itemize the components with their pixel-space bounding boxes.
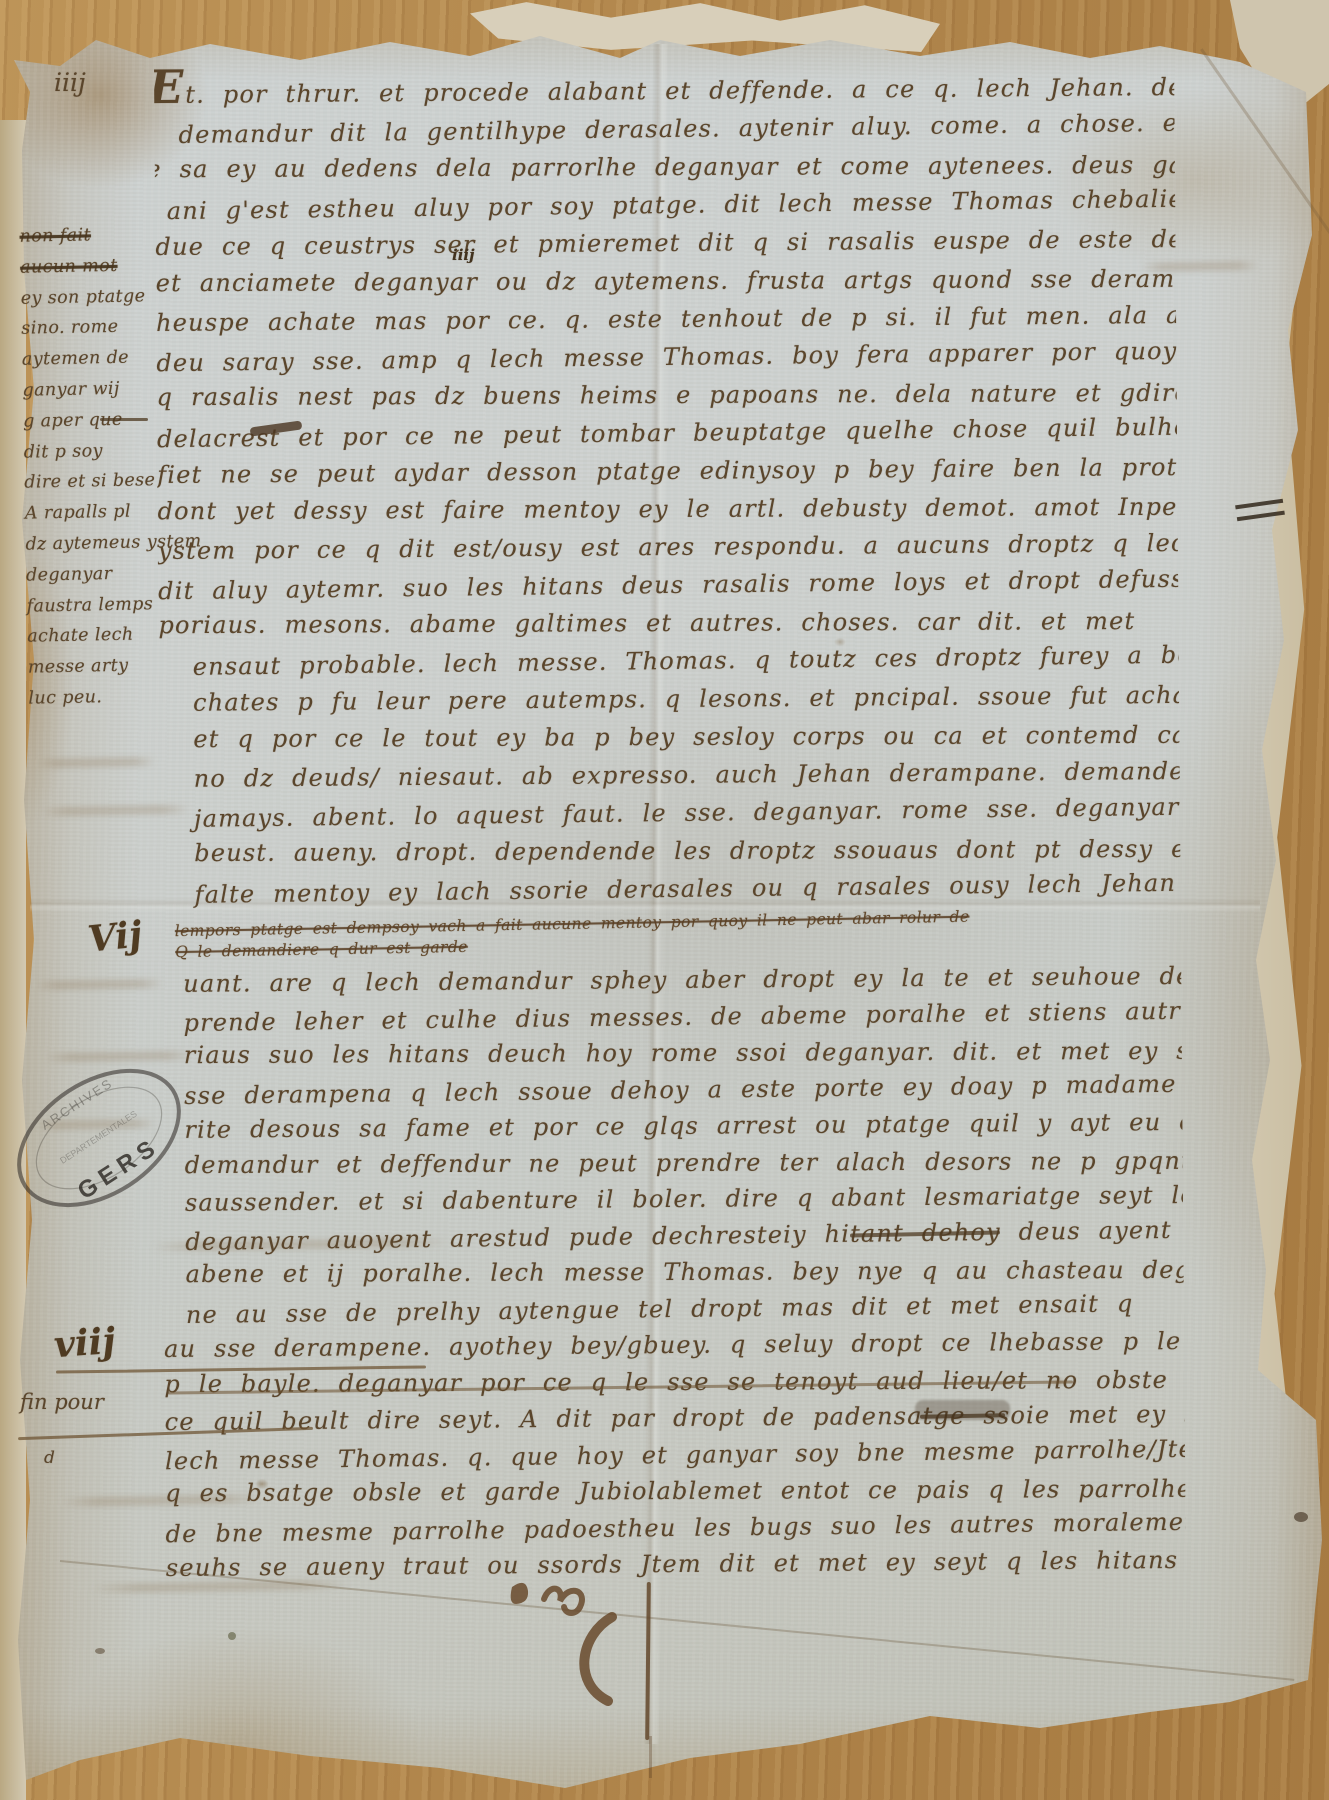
margin-note: dit p soy — [23, 434, 199, 468]
margin-note: sino. rome — [21, 311, 197, 345]
text-line: demandur et deffendur ne peut prendre te… — [163, 1142, 1183, 1183]
stain-speck — [95, 1648, 105, 1654]
margin-note: achate lech — [27, 619, 203, 653]
ink-smudge — [915, 1400, 1010, 1420]
interline-insert-mark: iiij — [452, 246, 475, 264]
text-line: dont yet dessy est faire mentoy ey le ar… — [157, 488, 1177, 530]
text-line: et q por ce le tout ey ba p bey sesloy c… — [159, 716, 1179, 758]
margin-note: dire et si bese — [24, 465, 200, 499]
margin-note: luc peu. — [28, 680, 204, 714]
margin-note-d: d — [44, 1448, 55, 1468]
quire-mark-viij: viij — [53, 1320, 117, 1366]
margin-note: messe arty — [28, 649, 204, 683]
margin-note: ganyar wij — [22, 372, 198, 406]
margin-note: dz aytemeus ystem — [25, 526, 201, 560]
margin-note: A rapalls pl — [25, 495, 201, 529]
margin-note: aucun mot — [20, 249, 196, 283]
stain-speck — [1294, 1512, 1308, 1522]
main-text-block: Et. por thrur. et procede alabant et def… — [154, 60, 1186, 1586]
archive-stamp: ARCHIVES DEPARTEMENTALES GERS — [4, 1038, 194, 1238]
margin-notes: non faitaucun motey son ptatgesino. rome… — [19, 218, 203, 714]
margin-note: faustra lemps — [26, 588, 202, 622]
text-block-upper: Et. por thrur. et procede alabant et def… — [154, 60, 1181, 912]
paraph-tick — [511, 1583, 528, 1604]
folio-number: iiij — [54, 68, 86, 97]
paraph-squiggle — [544, 1589, 582, 1613]
paraph-mark — [460, 1565, 680, 1745]
text-block-lower: uant. are q lech demandur sphey aber dro… — [161, 958, 1186, 1586]
margin-note-fin: fin pour — [20, 1390, 104, 1414]
margin-note: non fait — [19, 218, 195, 252]
stain-speck — [228, 1632, 236, 1640]
margin-note: aytemen de — [22, 342, 198, 376]
margin-note: ey son ptatge — [20, 280, 196, 314]
paraph-crescent — [584, 1617, 612, 1701]
margin-note: deganyar — [26, 557, 202, 591]
quire-mark-vij: Vij — [86, 913, 144, 960]
manuscript-photo: iiij Et. por thrur. et procede alabant e… — [0, 0, 1329, 1800]
strike-mark — [100, 418, 148, 421]
text-line: et anciamete deganyar ou dz aytemens. fr… — [156, 260, 1176, 302]
